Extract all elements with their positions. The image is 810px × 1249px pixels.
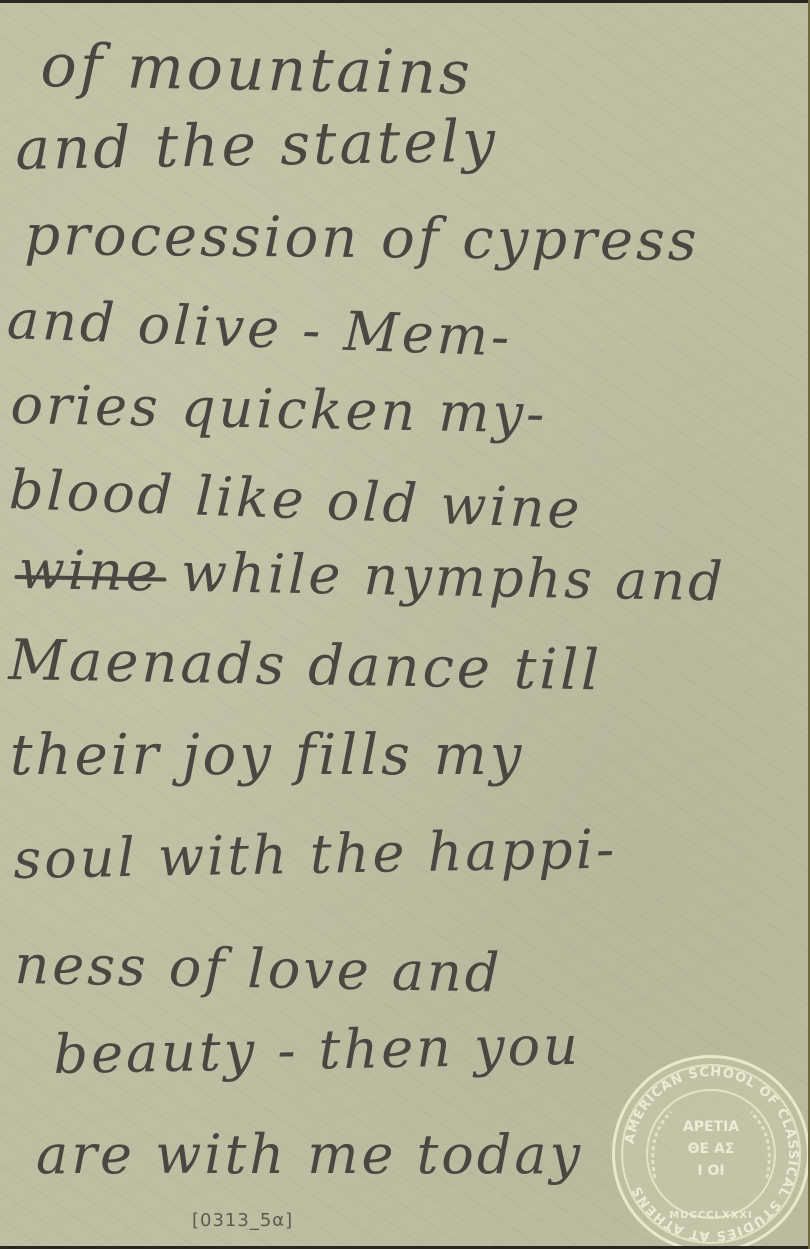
handwritten-line-11: ness of love and	[14, 933, 503, 1005]
seal-line-2: ΘΕ ΑΣ	[665, 1138, 757, 1160]
institution-seal: AMERICAN SCHOOL OF CLASSICAL STUDIES AT …	[612, 1055, 808, 1246]
handwritten-line-6: blood like old wine	[8, 458, 584, 541]
handwritten-line-9: their joy fills my	[10, 723, 524, 788]
seal-line-1: ΑΡΕΤΙΑ	[665, 1116, 757, 1138]
handwritten-line-8: Maenads dance till	[8, 628, 603, 703]
struck-word: wine	[18, 538, 161, 603]
handwritten-line-12: beauty - then you	[53, 1014, 581, 1086]
handwritten-line-4: and olive - Mem-	[6, 288, 513, 369]
handwritten-line-7: wine while nymphs and	[18, 538, 726, 613]
handwritten-line-3: procession of cypress	[24, 203, 700, 274]
seal-center-text: ΑΡΕΤΙΑ ΘΕ ΑΣ Ι ΟΙ	[665, 1116, 757, 1192]
line-7-text: while nymphs and	[180, 541, 726, 614]
handwritten-line-10: soul with the happi-	[13, 817, 618, 891]
manuscript-page: of mountains and the stately procession …	[0, 3, 808, 1246]
handwritten-line-1: of mountains	[40, 31, 473, 109]
handwritten-line-2: and the stately	[15, 107, 499, 183]
handwritten-line-5: ories quicken my-	[10, 373, 548, 445]
seal-year: MDCCCLXXXI	[615, 1210, 807, 1221]
seal-line-3: Ι ΟΙ	[665, 1160, 757, 1182]
handwritten-line-13: are with me today	[36, 1123, 583, 1186]
archive-label: [0313_5α]	[192, 1210, 293, 1231]
